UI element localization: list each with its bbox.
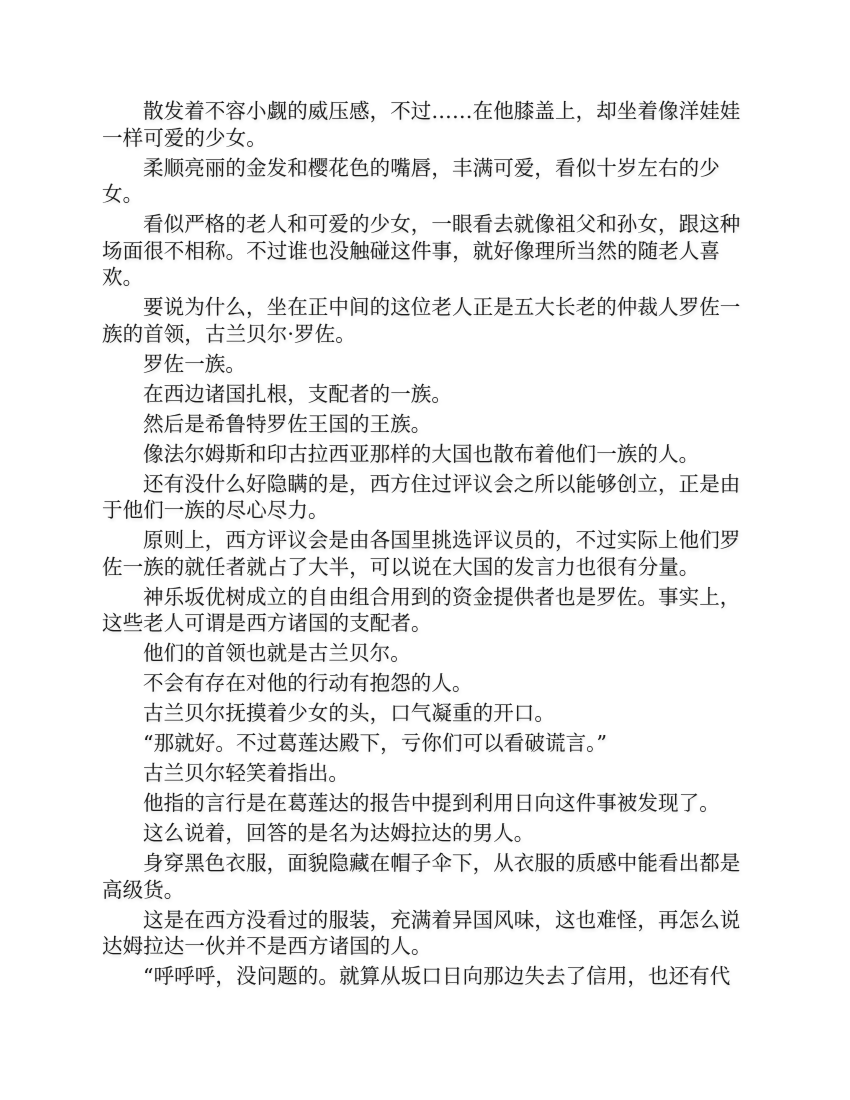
paragraph: 还有没什么好隐瞒的是，西方住过评议会之所以能够创立，正是由 于他们一族的尽心尽力… — [102, 471, 747, 524]
paragraph-line: 达姆拉达一伙并不是西方诸国的人。 — [102, 933, 747, 960]
paragraph-line: 这些老人可谓是西方诸国的支配者。 — [102, 610, 747, 637]
paragraph: 他指的言行是在葛莲达的报告中提到利用日向这件事被发现了。 — [102, 790, 747, 817]
paragraph-line: 他们的首领也就是古兰贝尔。 — [102, 640, 747, 667]
paragraph-line: 还有没什么好隐瞒的是，西方住过评议会之所以能够创立，正是由 — [102, 471, 747, 498]
paragraph: 要说为什么，坐在正中间的这位老人正是五大长老的仲裁人罗佐一 族的首领，古兰贝尔·… — [102, 294, 747, 347]
paragraph: 罗佐一族。 — [102, 351, 747, 378]
paragraph-line: 佐一族的就任者就占了大半，可以说在大国的发言力也很有分量。 — [102, 554, 747, 581]
paragraph-line: 要说为什么，坐在正中间的这位老人正是五大长老的仲裁人罗佐一 — [102, 294, 747, 321]
paragraph-line: 一样可爱的少女。 — [102, 125, 747, 152]
paragraph-line: 这么说着，回答的是名为达姆拉达的男人。 — [102, 820, 747, 847]
paragraph: 不会有存在对他的行动有抱怨的人。 — [102, 670, 747, 697]
paragraph: 古兰贝尔轻笑着指出。 — [102, 760, 747, 787]
paragraph-line: 身穿黑色衣服，面貌隐藏在帽子伞下，从衣服的质感中能看出都是 — [102, 850, 747, 877]
paragraph: 古兰贝尔抚摸着少女的头，口气凝重的开口。 — [102, 700, 747, 727]
paragraph-line: 看似严格的老人和可爱的少女，一眼看去就像祖父和孙女，跟这种 — [102, 211, 747, 238]
paragraph-line: 像法尔姆斯和印古拉西亚那样的大国也散布着他们一族的人。 — [102, 441, 747, 468]
paragraph-line: 罗佐一族。 — [102, 351, 747, 378]
paragraph-line: 散发着不容小觑的威压感，不过……在他膝盖上，却坐着像洋娃娃 — [102, 98, 747, 125]
paragraph: 身穿黑色衣服，面貌隐藏在帽子伞下，从衣服的质感中能看出都是 高级货。 — [102, 850, 747, 903]
paragraph-line: 神乐坂优树成立的自由组合用到的资金提供者也是罗佐。事实上， — [102, 584, 747, 611]
paragraph: “呼呼呼，没问题的。就算从坂口日向那边失去了信用，也还有代 — [102, 963, 747, 990]
paragraph: 这么说着，回答的是名为达姆拉达的男人。 — [102, 820, 747, 847]
paragraph-line: 然后是希鲁特罗佐王国的王族。 — [102, 411, 747, 438]
paragraph: 然后是希鲁特罗佐王国的王族。 — [102, 411, 747, 438]
paragraph: 散发着不容小觑的威压感，不过……在他膝盖上，却坐着像洋娃娃 一样可爱的少女。 — [102, 98, 747, 151]
paragraph-line: 他指的言行是在葛莲达的报告中提到利用日向这件事被发现了。 — [102, 790, 747, 817]
document-page: 散发着不容小觑的威压感，不过……在他膝盖上，却坐着像洋娃娃 一样可爱的少女。 柔… — [102, 98, 747, 993]
paragraph-line: 女。 — [102, 181, 747, 208]
paragraph-line: 这是在西方没看过的服装，充满着异国风味，这也难怪，再怎么说 — [102, 907, 747, 934]
paragraph: 柔顺亮丽的金发和樱花色的嘴唇，丰满可爱，看似十岁左右的少 女。 — [102, 155, 747, 208]
paragraph-line: 于他们一族的尽心尽力。 — [102, 497, 747, 524]
paragraph: 看似严格的老人和可爱的少女，一眼看去就像祖父和孙女，跟这种 场面很不相称。不过谁… — [102, 211, 747, 291]
paragraph-line: 原则上，西方评议会是由各国里挑选评议员的，不过实际上他们罗 — [102, 527, 747, 554]
paragraph: “那就好。不过葛莲达殿下，亏你们可以看破谎言。” — [102, 730, 747, 757]
paragraph-line: 高级货。 — [102, 877, 747, 904]
paragraph-line: “那就好。不过葛莲达殿下，亏你们可以看破谎言。” — [102, 730, 747, 757]
paragraph-line: 不会有存在对他的行动有抱怨的人。 — [102, 670, 747, 697]
paragraph-line: 场面很不相称。不过谁也没触碰这件事，就好像理所当然的随老人喜 — [102, 238, 747, 265]
paragraph: 在西边诸国扎根，支配者的一族。 — [102, 381, 747, 408]
paragraph: 神乐坂优树成立的自由组合用到的资金提供者也是罗佐。事实上， 这些老人可谓是西方诸… — [102, 584, 747, 637]
paragraph: 他们的首领也就是古兰贝尔。 — [102, 640, 747, 667]
paragraph-line: “呼呼呼，没问题的。就算从坂口日向那边失去了信用，也还有代 — [102, 963, 747, 990]
paragraph-line: 族的首领，古兰贝尔·罗佐。 — [102, 321, 747, 348]
paragraph: 像法尔姆斯和印古拉西亚那样的大国也散布着他们一族的人。 — [102, 441, 747, 468]
paragraph-line: 欢。 — [102, 264, 747, 291]
paragraph: 原则上，西方评议会是由各国里挑选评议员的，不过实际上他们罗 佐一族的就任者就占了… — [102, 527, 747, 580]
paragraph-line: 柔顺亮丽的金发和樱花色的嘴唇，丰满可爱，看似十岁左右的少 — [102, 155, 747, 182]
paragraph-line: 古兰贝尔轻笑着指出。 — [102, 760, 747, 787]
paragraph-line: 在西边诸国扎根，支配者的一族。 — [102, 381, 747, 408]
paragraph-line: 古兰贝尔抚摸着少女的头，口气凝重的开口。 — [102, 700, 747, 727]
paragraph: 这是在西方没看过的服装，充满着异国风味，这也难怪，再怎么说 达姆拉达一伙并不是西… — [102, 907, 747, 960]
